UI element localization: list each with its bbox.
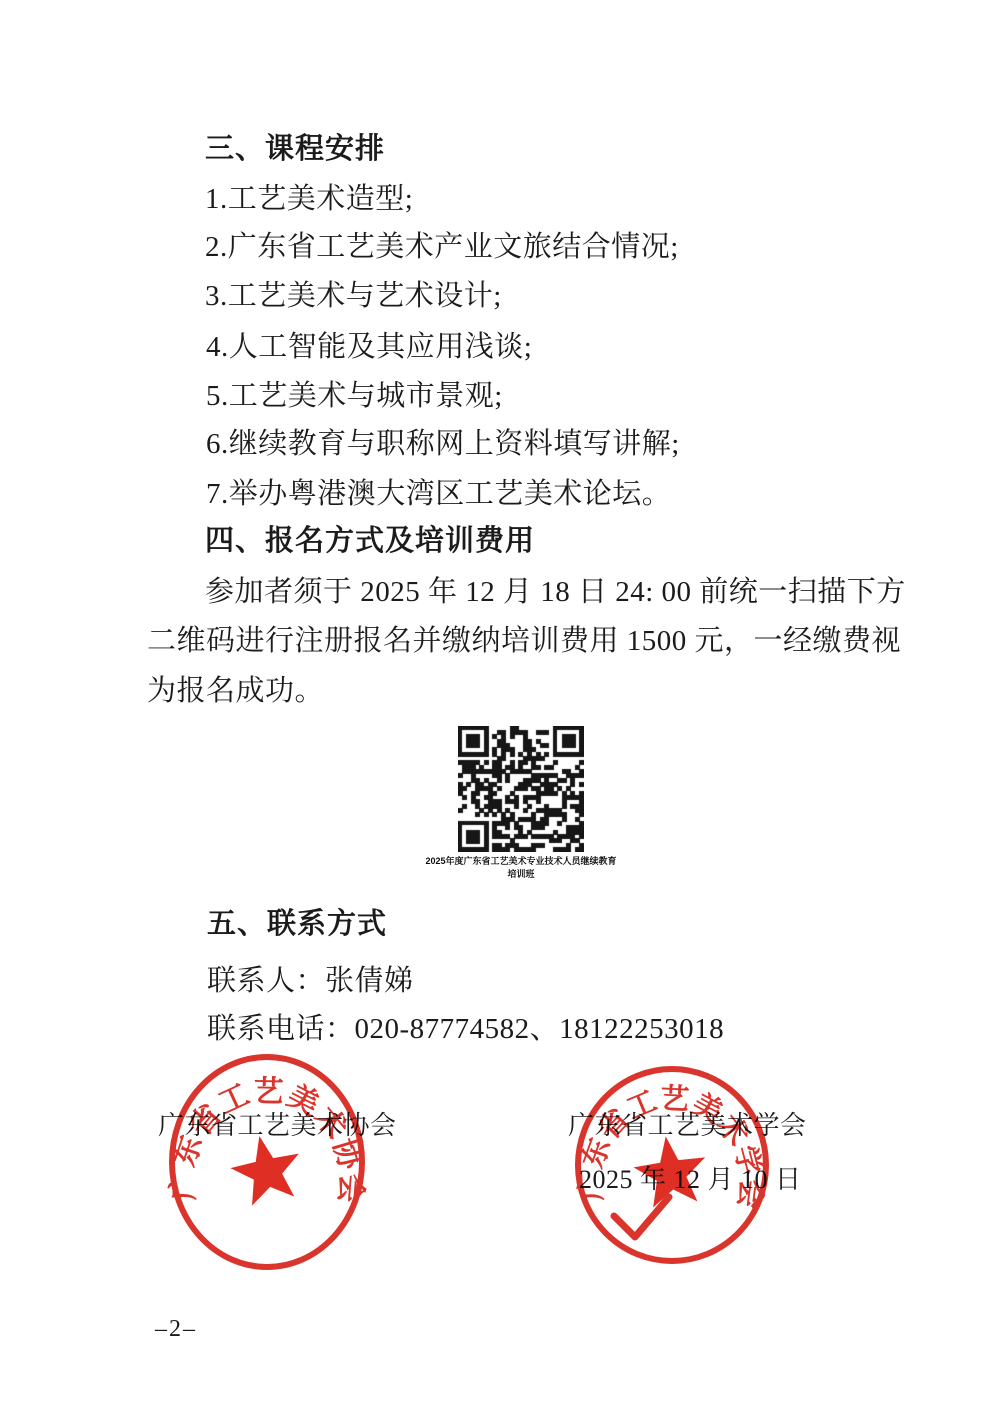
section-heading-course: 三、课程安排 bbox=[205, 133, 385, 166]
course-item-7: 7.举办粤港澳大湾区工艺美术论坛。 bbox=[206, 478, 671, 511]
star-icon bbox=[225, 1129, 307, 1209]
contact-phone: 联系电话：020-87774582、18122253018 bbox=[207, 1013, 724, 1046]
official-seal-right: 广东省工艺美术学会 bbox=[572, 1064, 772, 1266]
course-item-1: 1.工艺美术造型; bbox=[205, 183, 413, 216]
contact-person: 联系人：张倩娣 bbox=[207, 965, 414, 998]
document-page: 三、课程安排 1.工艺美术造型; 2.广东省工艺美术产业文旅结合情况; 3.工艺… bbox=[0, 0, 992, 1403]
qr-code-image bbox=[458, 726, 584, 852]
section-heading-registration: 四、报名方式及培训费用 bbox=[205, 525, 535, 558]
course-item-4: 4.人工智能及其应用浅谈; bbox=[206, 331, 532, 364]
course-item-5: 5.工艺美术与城市景观; bbox=[206, 380, 503, 413]
qr-caption-line-2: 培训班 bbox=[383, 868, 659, 880]
official-seal-left: 广东省工艺美术协会 bbox=[166, 1052, 368, 1272]
course-item-2: 2.广东省工艺美术产业文旅结合情况; bbox=[205, 231, 679, 264]
qr-caption-line-1: 2025年度广东省工艺美术专业技术人员继续教育 bbox=[383, 855, 659, 867]
registration-paragraph-line-2: 二维码进行注册报名并缴纳培训费用 1500 元，一经缴费视 bbox=[147, 625, 901, 658]
qr-code bbox=[458, 726, 584, 852]
page-number: –2– bbox=[155, 1316, 197, 1343]
section-heading-contact: 五、联系方式 bbox=[207, 908, 387, 941]
course-item-3: 3.工艺美术与艺术设计; bbox=[205, 280, 502, 313]
registration-paragraph-line-1: 参加者须于 2025 年 12 月 18 日 24: 00 前统一扫描下方 bbox=[205, 576, 906, 609]
registration-paragraph-line-3: 为报名成功。 bbox=[147, 675, 324, 708]
checkmark-stroke bbox=[614, 1197, 669, 1237]
course-item-6: 6.继续教育与职称网上资料填写讲解; bbox=[206, 428, 680, 461]
